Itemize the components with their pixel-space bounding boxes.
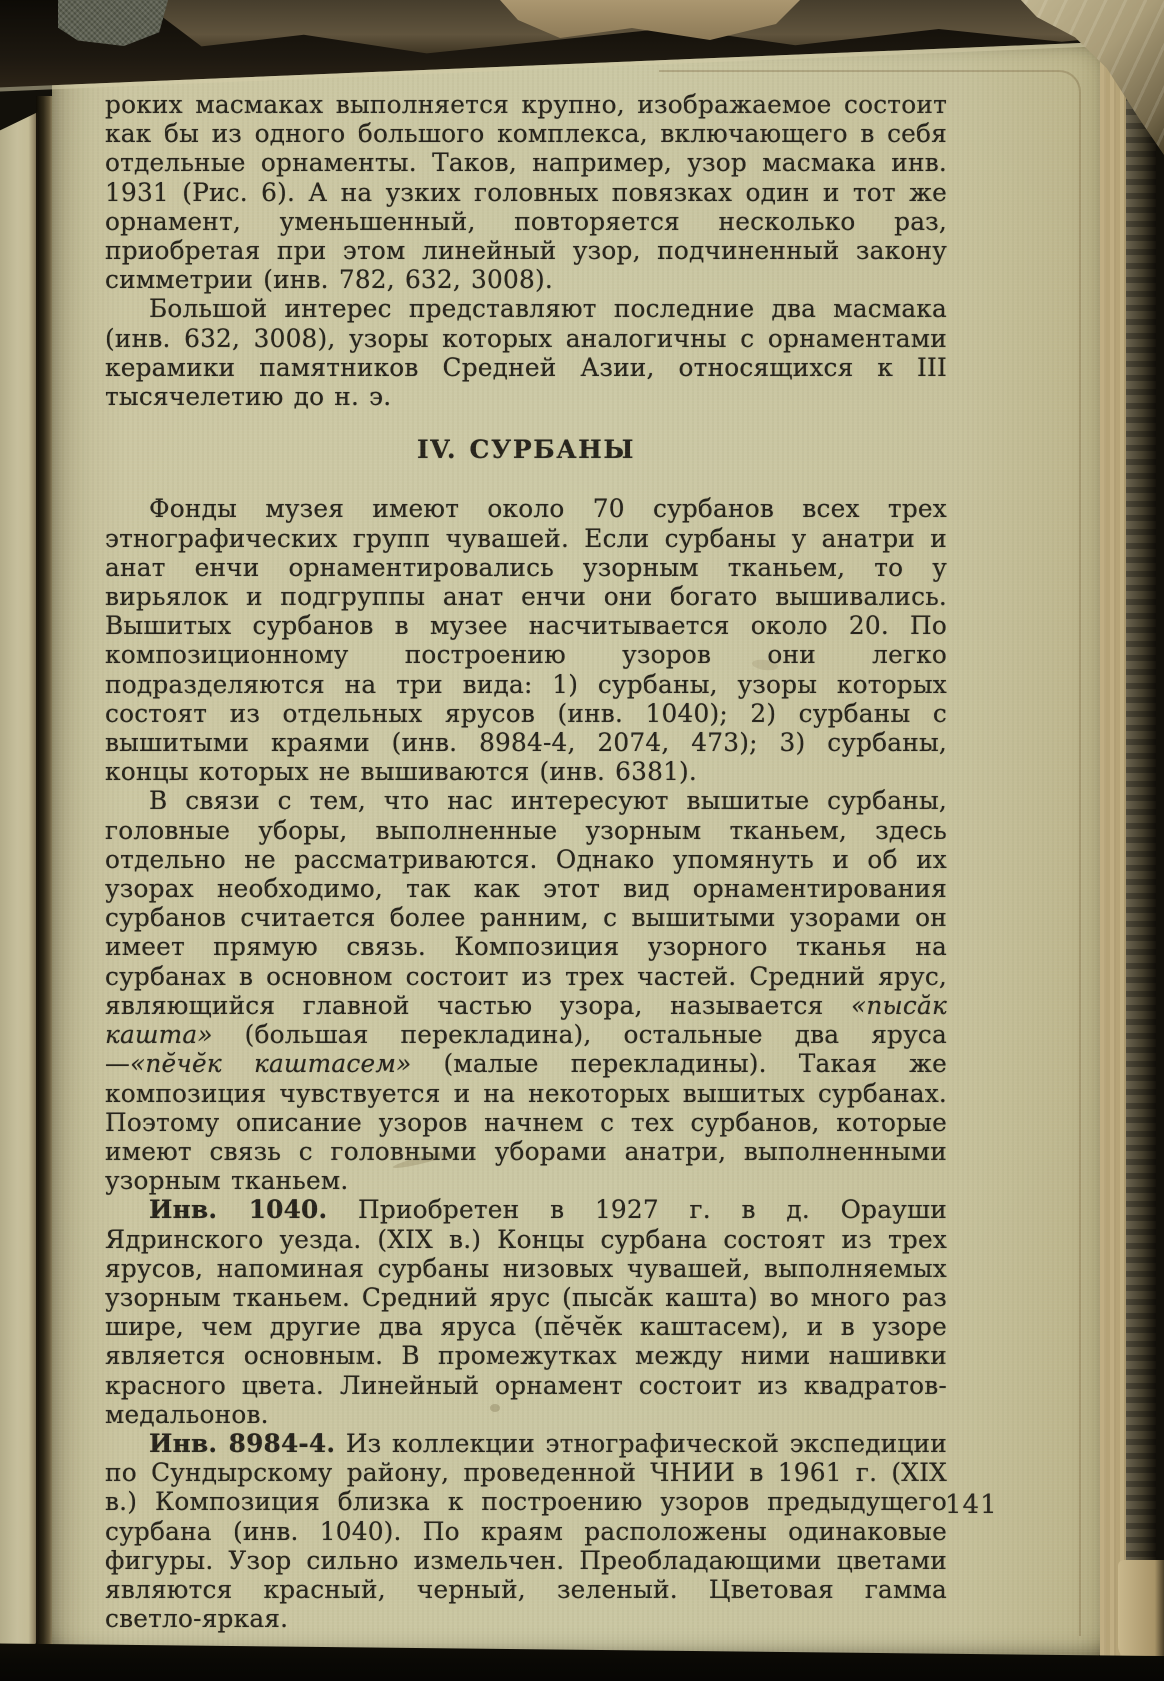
text-block: роких масмаках выполняется крупно, изобр…: [105, 90, 947, 1633]
paragraph-text: В связи с тем, что нас интересуют вышиты…: [105, 786, 947, 1019]
section-heading: IV. СУРБАНЫ: [105, 435, 947, 464]
paragraph-inventory: Инв. 1040. Приобретен в 1927 г. в д. Ора…: [105, 1195, 947, 1429]
paragraph-text: Из коллекции этнографической экспедиции …: [105, 1429, 947, 1633]
paragraph-text: Большой интерес представляют последние д…: [105, 294, 947, 411]
page-number: 141: [945, 1490, 998, 1520]
paragraph-continuation: роких масмаках выполняется крупно, изобр…: [105, 90, 947, 294]
book-page: роких масмаках выполняется крупно, изобр…: [52, 38, 1108, 1658]
book-scan: роких масмаках выполняется крупно, изобр…: [0, 0, 1164, 1681]
paragraph: В связи с тем, что нас интересуют вышиты…: [105, 786, 947, 1195]
paragraph: Фонды музея имеют около 70 сурбанов всех…: [105, 494, 947, 786]
inventory-number-bold: Инв. 8984-4.: [149, 1429, 335, 1458]
page-stack-shadow: [1126, 64, 1156, 1641]
inventory-number-bold: Инв. 1040.: [149, 1195, 327, 1224]
fore-edge-corner-pages: [1118, 1560, 1164, 1660]
chuvash-term-italic: «пӗчӗк каштасем»: [130, 1049, 411, 1078]
paragraph-text: Фонды музея имеют около 70 сурбанов всех…: [105, 494, 947, 786]
paragraph-text: Приобретен в 1927 г. в д. Орауши Ядринск…: [105, 1195, 947, 1428]
facing-page-edge: [0, 112, 38, 1647]
paragraph-text: роких масмаках выполняется крупно, изобр…: [105, 90, 947, 294]
paragraph: Большой интерес представляют последние д…: [105, 294, 947, 411]
paragraph-inventory: Инв. 8984-4. Из коллекции этнографическо…: [105, 1429, 947, 1633]
